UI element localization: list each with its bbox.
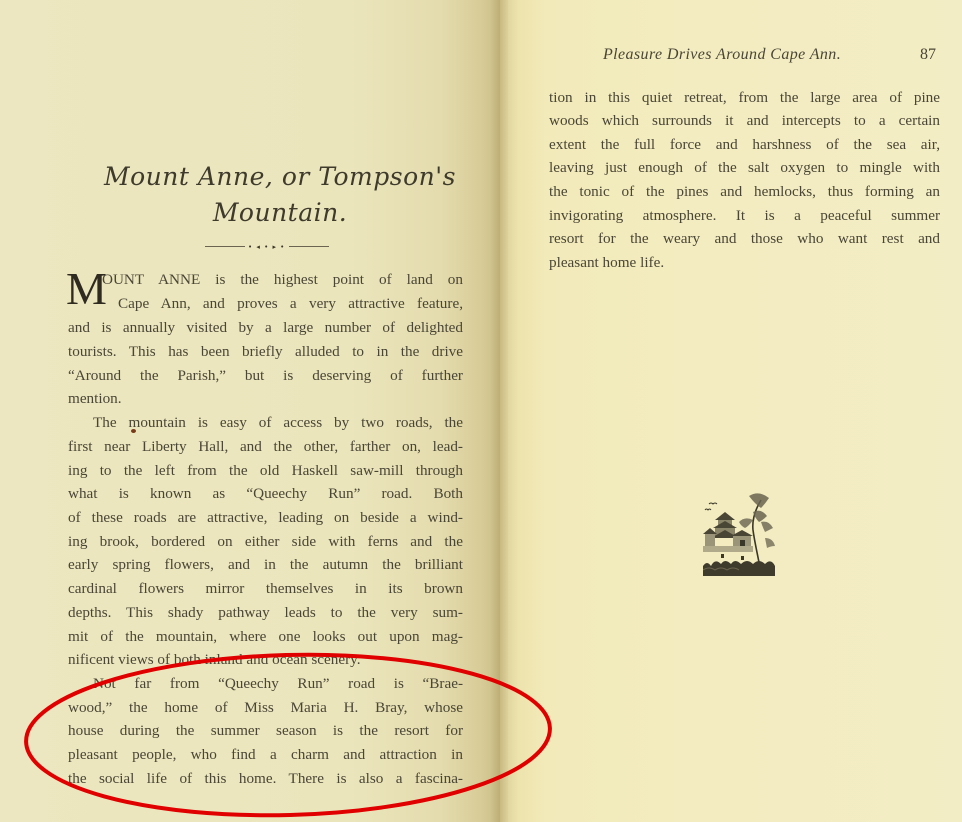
- chapter-title-line-2: Mountain.: [80, 198, 480, 227]
- page-number: 87: [920, 46, 936, 64]
- ornament-rule-right: [289, 246, 329, 247]
- ornament-dots-icon: • ◂ • ▸ •: [248, 242, 285, 252]
- pagoda-landscape-illustration-icon: [703, 490, 783, 576]
- text-line: house during the summer season is the re…: [68, 721, 463, 741]
- text-line: mit of the mountain, where one looks out…: [68, 627, 463, 647]
- text-line: extent the full force and harshness of t…: [549, 135, 940, 155]
- text-line: pleasant people, who find a charm and at…: [68, 745, 463, 765]
- text-line: Cape Ann, and proves a very attractive f…: [118, 294, 463, 314]
- text-line: of these roads are attractive, leading o…: [68, 508, 463, 528]
- book-gutter: [490, 0, 508, 822]
- text-line: early spring flowers, and in the autumn …: [68, 555, 463, 575]
- text-line: the tonic of the pines and hemlocks, thu…: [549, 182, 940, 202]
- text-line: “Around the Parish,” but is deserving of…: [68, 366, 463, 386]
- text-line: Not far from “Queechy Run” road is “Brae…: [93, 674, 463, 694]
- text-line: and is annually visited by a large numbe…: [68, 318, 463, 338]
- text-line: resort for the weary and those who want …: [549, 229, 940, 249]
- text-line: wood,” the home of Miss Maria H. Bray, w…: [68, 698, 463, 718]
- text-line: mention.: [68, 389, 463, 409]
- text-line: OUNT ANNE is the highest point of land o…: [102, 270, 463, 290]
- text-line: leaving just enough of the salt oxygen t…: [549, 158, 940, 178]
- title-ornament: • ◂ • ▸ •: [205, 242, 329, 252]
- text-line: pleasant home life.: [549, 253, 940, 273]
- text-line: woods which surrounds it and intercepts …: [549, 111, 940, 131]
- text-line: depths. This shady pathway leads to the …: [68, 603, 463, 623]
- text-line: cardinal flowers mirror themselves in it…: [68, 579, 463, 599]
- text-line: the social life of this home. There is a…: [68, 769, 463, 789]
- chapter-title-line-1: Mount Anne, or Tompson's: [80, 162, 480, 191]
- text-line: what is known as “Queechy Run” road. Bot…: [68, 484, 463, 504]
- running-head: Pleasure Drives Around Cape Ann.: [603, 46, 841, 64]
- text-line: ing to the left from the old Haskell saw…: [68, 461, 463, 481]
- text-line: invigorating atmosphere. It is a peacefu…: [549, 206, 940, 226]
- text-line: tourists. This has been briefly alluded …: [68, 342, 463, 362]
- text-line: The mountain is easy of access by two ro…: [93, 413, 463, 433]
- ornament-rule-left: [205, 246, 245, 247]
- text-line: tion in this quiet retreat, from the lar…: [549, 88, 940, 108]
- text-line: first near Liberty Hall, and the other, …: [68, 437, 463, 457]
- text-line: ing brook, bordered on either side with …: [68, 532, 463, 552]
- book-spread: Mount Anne, or Tompson's Mountain. • ◂ •…: [0, 0, 962, 822]
- drop-cap: M: [66, 266, 107, 312]
- text-line: nificent views of both inland and ocean …: [68, 650, 463, 670]
